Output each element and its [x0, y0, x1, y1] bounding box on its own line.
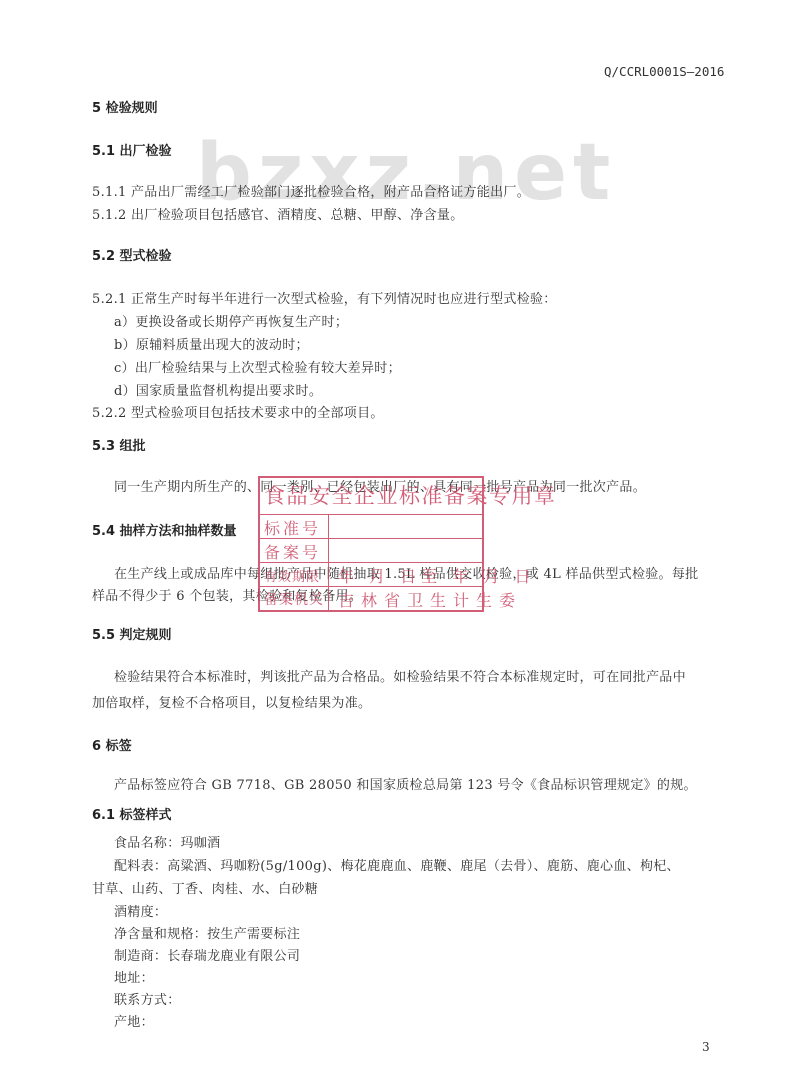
section-6-heading: 6 标签 [92, 735, 132, 754]
clause-5-1-2: 5.1.2 出厂检验项目包括感官、酒精度、总糖、甲醇、净含量。 [92, 204, 464, 223]
stamp-label: 标准号 [264, 516, 321, 539]
registration-stamp: 食品安全企业标准备案专用章 标准号 备案号 有效期限 年 月 日至 年 月 日 … [258, 476, 484, 612]
section-5-5-heading: 5.5 判定规则 [92, 624, 172, 643]
label-field-ingredients: 配料表：高粱酒、玛咖粉(5g/100g)、梅花鹿鹿血、鹿鞭、鹿尾（去骨）、鹿筋、… [114, 855, 680, 874]
condition-d: d）国家质量监督机构提出要求时。 [114, 380, 322, 399]
stamp-row-record-number: 备案号 [260, 538, 482, 562]
section-6-1-heading: 6.1 标签样式 [92, 804, 172, 823]
label-field-manufacturer: 制造商：长春瑞龙鹿业有限公司 [114, 945, 300, 964]
section-5-3-heading: 5.3 组批 [92, 435, 146, 454]
clause-5-2-2: 5.2.2 型式检验项目包括技术要求中的全部项目。 [92, 402, 384, 421]
label-field-address: 地址： [114, 967, 154, 986]
label-field-net-content: 净含量和规格：按生产需要标注 [114, 923, 300, 942]
section-5-1-heading: 5.1 出厂检验 [92, 140, 172, 159]
stamp-row-validity: 有效期限 年 月 日至 年 月 日 [260, 562, 482, 586]
stamp-title: 食品安全企业标准备案专用章 [264, 480, 557, 510]
stamp-label: 备案号 [264, 540, 321, 563]
stamp-value: 吉林省卫生计生委 [338, 588, 522, 611]
clause-5-2-1: 5.2.1 正常生产时每半年进行一次型式检验，有下列情况时也应进行型式检验： [92, 288, 557, 307]
page-number: 3 [702, 1040, 710, 1054]
label-field-contact: 联系方式： [114, 989, 181, 1008]
document-code: Q/CCRL0001S—2016 [604, 64, 724, 79]
section-5-heading: 5 检验规则 [92, 97, 158, 116]
label-field-ingredients-cont: 甘草、山药、丁香、肉桂、水、白砂糖 [92, 878, 318, 897]
label-field-alcohol: 酒精度： [114, 901, 167, 920]
label-field-food-name: 食品名称：玛咖酒 [114, 832, 220, 851]
stamp-label: 有效期限 [264, 566, 320, 585]
condition-a: a）更换设备或长期停产再恢复生产时； [114, 311, 348, 330]
clause-5-5-line1: 检验结果符合本标准时，判该批产品为合格品。如检验结果不符合本标准规定时，可在同批… [114, 666, 686, 685]
section-5-2-heading: 5.2 型式检验 [92, 245, 172, 264]
clause-6-body: 产品标签应符合 GB 7718、GB 28050 和国家质检总局第 123 号令… [114, 774, 697, 793]
stamp-value: 年 月 日至 年 月 日 [338, 564, 535, 587]
condition-b: b）原辅料质量出现大的波动时； [114, 334, 309, 353]
stamp-row-standard-number: 标准号 [260, 514, 482, 538]
clause-5-5-line2: 加倍取样，复检不合格项目，以复检结果为准。 [92, 692, 371, 711]
clause-5-1-1: 5.1.1 产品出厂需经工厂检验部门逐批检验合格，附产品合格证方能出厂。 [92, 181, 530, 200]
section-5-4-heading: 5.4 抽样方法和抽样数量 [92, 520, 237, 539]
condition-c: c）出厂检验结果与上次型式检验有较大差异时； [114, 357, 401, 376]
stamp-label: 备案机关 [264, 589, 324, 609]
stamp-row-authority: 备案机关 吉林省卫生计生委 [260, 586, 482, 610]
label-field-origin: 产地： [114, 1011, 154, 1030]
